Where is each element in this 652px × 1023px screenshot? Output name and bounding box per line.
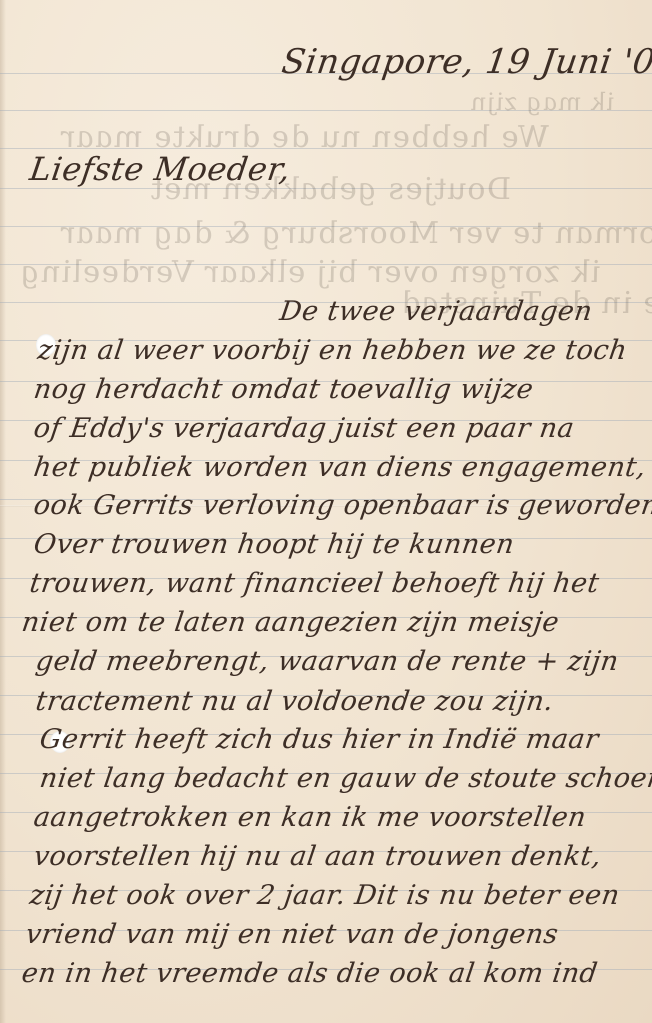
letter-line: zijn al weer voorbij en hebben we ze toc… [36,335,629,366]
letter-line: De twee verjaardagen [278,296,595,327]
letter-line: voorstellen hij nu al aan trouwen denkt, [32,841,604,872]
letter-line: het publiek worden van diens engagement, [32,452,648,483]
paper-edge-shadow [0,0,6,1023]
letter-line: tractement nu al voldoende zou zijn. [34,686,556,717]
letter-line: Gerrit heeft zich dus hier in Indië maar [38,724,601,755]
letter-line: Over trouwen hoopt hij te kunnen [32,529,517,560]
letter-line: niet lang bedacht en gauw de stoute scho… [38,763,652,794]
letter-line: nog herdacht omdat toevallig wijze [32,374,536,405]
letter-salutation: Liefste Moeder, [27,150,293,188]
letter-page: ik mag zijn We hebben nu de drukte maar … [0,0,652,1023]
letter-dateline: Singapore, 19 Juni '05 [279,42,652,82]
letter-line: trouwen, want financieel behoeft hij het [28,568,601,599]
letter-line: aangetrokken en kan ik me voorstellen [32,802,589,833]
bleed-through-text: ik zorgen over bij elkaar Verdeeling [16,255,604,290]
ruled-line [0,264,652,265]
ruled-line [0,110,652,111]
letter-line: en in het vreemde als die ook al kom ind [20,958,600,989]
letter-line: ook Gerrits verloving openbaar is geword… [32,490,652,521]
ruled-line [0,148,652,149]
letter-line: zij het ook over 2 jaar. Dit is nu beter… [28,880,622,911]
letter-line: geld meebrengt, waarvan de rente + zijn [34,646,621,677]
ruled-line [0,188,652,189]
letter-line: niet om te laten aangezien zijn meisje [20,607,561,638]
bleed-through-text: Poorman te ver Moorsburg & dag maar [56,216,652,251]
letter-line: of Eddy's verjaardag juist een paar na [32,413,577,444]
ruled-line [0,226,652,227]
letter-line: vriend van mij en niet van de jongens [24,919,560,950]
bleed-through-text: ik mag zijn [467,88,617,116]
